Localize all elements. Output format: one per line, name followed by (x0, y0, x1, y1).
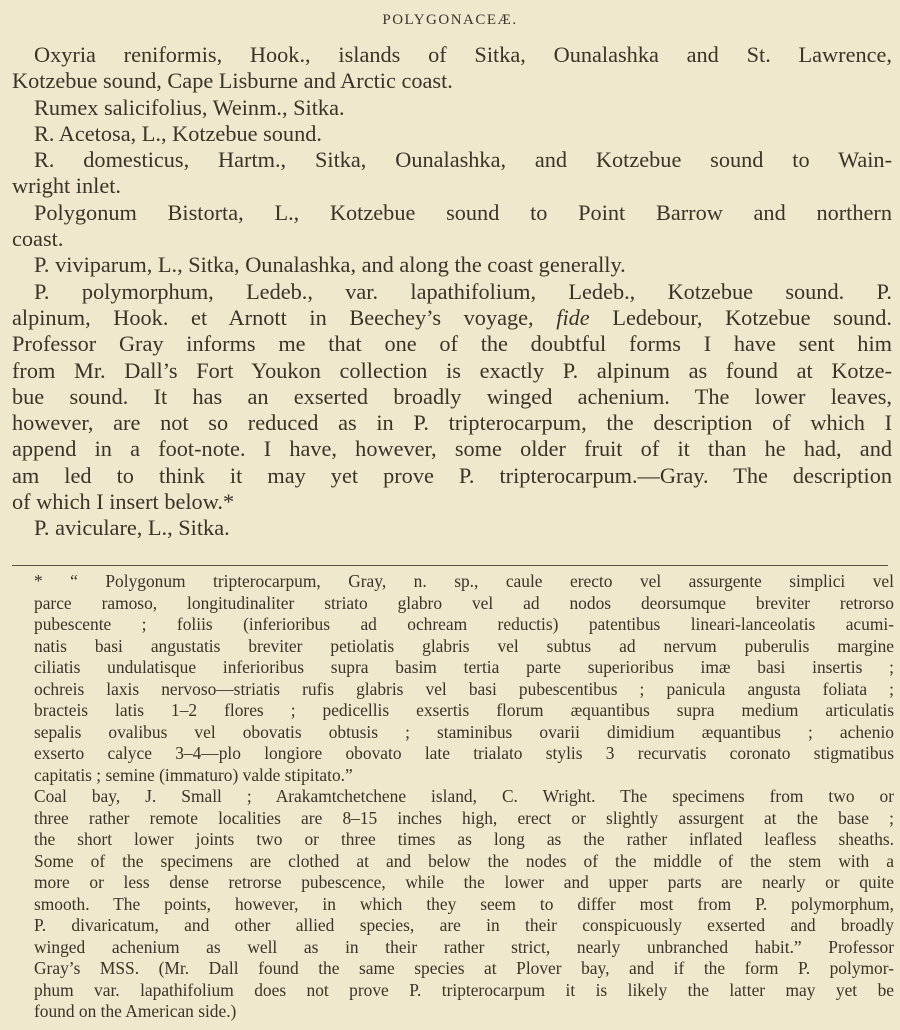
footnote-description: * “ Polygonum tripterocarpum, Gray, n. s… (12, 571, 894, 593)
entry-p-aviculare: P. aviculare, L., Sitka. (12, 515, 892, 541)
entry-p-polymorphum: P. polymorphum, Ledeb., var. lapathifoli… (12, 279, 892, 305)
footnote-description-cont: parce ramoso, longitudinaliter striato g… (12, 593, 894, 787)
footnote-localities-cont: three rather remote localities are 8–15 … (12, 808, 894, 1023)
main-text: Oxyria reniformis, Hook., islands of Sit… (12, 42, 892, 542)
entry-polygonum-bistorta: Polygonum Bistorta, L., Kotzebue sound t… (12, 200, 892, 226)
footnote-localities: Coal bay, J. Small ; Arakamtchetchene is… (12, 786, 894, 808)
entry-p-viviparum: P. viviparum, L., Sitka, Ounalashka, and… (12, 252, 892, 278)
entry-p-polymorphum-cont: alpinum, Hook. et Arnott in Beechey’s vo… (12, 305, 892, 515)
entry-rumex-salicifolius: Rumex salicifolius, Weinm., Sitka. (12, 95, 892, 121)
entry-rumex-domesticus-cont: wright inlet. (12, 173, 892, 199)
page-heading: POLYGONACEÆ. (0, 12, 900, 29)
document-page: POLYGONACEÆ. Oxyria reniformis, Hook., i… (0, 0, 900, 1030)
entry-polygonum-bistorta-cont: coast. (12, 226, 892, 252)
entry-oxyria: Oxyria reniformis, Hook., islands of Sit… (12, 42, 892, 68)
fide-italic: fide (556, 305, 589, 330)
footnote: * “ Polygonum tripterocarpum, Gray, n. s… (12, 571, 894, 1023)
entry-rumex-acetosa: R. Acetosa, L., Kotzebue sound. (12, 121, 892, 147)
footnote-divider (12, 565, 888, 566)
entry-rumex-domesticus: R. domesticus, Hartm., Sitka, Ounalashka… (12, 147, 892, 173)
entry-oxyria-cont: Kotzebue sound, Cape Lisburne and Arctic… (12, 68, 892, 94)
